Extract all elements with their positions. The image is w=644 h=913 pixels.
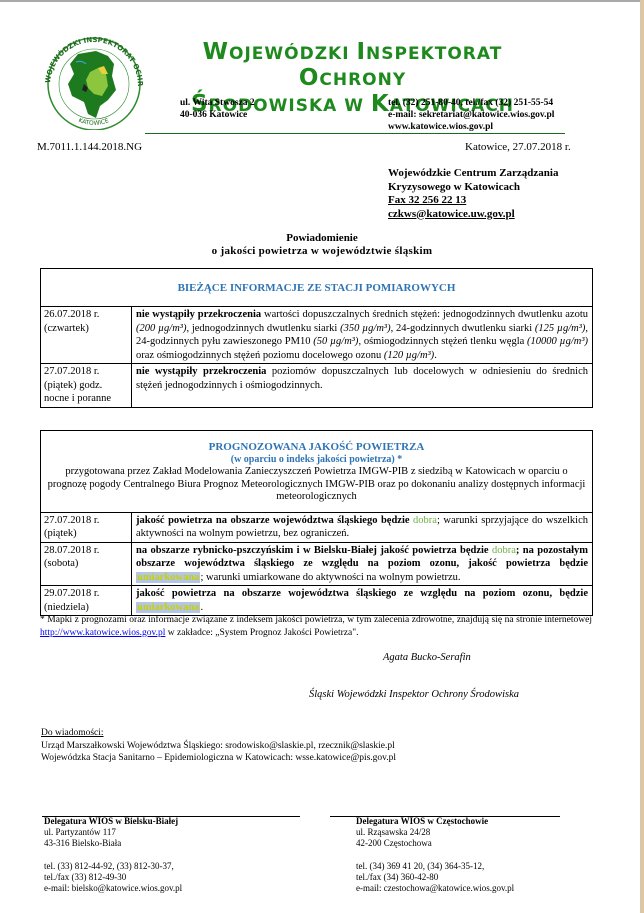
row-text: nie wystąpiły przekroczenia wartości dop… [132,307,592,363]
hq-phone: tel. (32) 251-80-40, tel./fax (32) 251-5… [388,97,554,109]
table-row: 29.07.2018 r. (niedziela) jakość powietr… [41,585,592,615]
page-top-border [0,0,644,2]
recipient-line: Wojewódzkie Centrum Zarządzania [388,167,558,181]
table-row: 27.07.2018 r. (piątek) jakość powietrza … [41,512,592,542]
row-text: jakość powietrza na obszarze województwa… [132,513,592,542]
reference-number: M.7011.1.144.2018.NG [37,141,142,153]
notice-subheading: o jakości powietrza w województwie śląsk… [0,245,644,258]
hq-address: ul. Wita Stwosza 2 40-036 Katowice [180,97,255,121]
cc-title: Do wiadomości: [41,727,396,740]
row-date: 26.07.2018 r. (czwartek) [41,307,132,363]
recipient-email[interactable]: czkws@katowice.uw.gov.pl [388,208,558,222]
notice-title: Powiadomienie o jakości powietrza w woje… [0,232,644,258]
branch-bielsko: Delegatura WIOS w Bielsku-Białej ul. Par… [44,816,182,894]
recipient-line: Kryzysowego w Katowicach [388,181,558,195]
current-info-table: BIEŻĄCE INFORMACJE ZE STACJI POMIAROWYCH… [40,268,593,408]
hq-website[interactable]: www.katowice.wios.gov.pl [388,121,554,133]
footnote: * Mapki z prognozami oraz informacje zwi… [40,614,592,639]
table-row: 27.07.2018 r. (piątek) godz. nocne i por… [41,363,592,407]
row-text: jakość powietrza na obszarze województwa… [132,586,592,615]
row-date: 27.07.2018 r. (piątek) godz. nocne i por… [41,364,132,407]
forecast-table: PROGNOZOWANA JAKOŚĆ POWIETRZA (w oparciu… [40,430,593,616]
row-date: 28.07.2018 r. (sobota) [41,543,132,586]
row-date: 29.07.2018 r. (niedziela) [41,586,132,615]
cc-item: Wojewódzka Stacja Sanitarno – Epidemiolo… [41,752,396,765]
table-row: 28.07.2018 r. (sobota) na obszarze rybni… [41,542,592,586]
branch-czestochowa: Delegatura WIOS w Częstochowie ul. Rząsa… [356,816,514,894]
quality-moderate: umiarkowana [136,572,200,583]
signer-role: Śląski Wojewódzki Inspektor Ochrony Środ… [309,689,519,700]
address-street: ul. Wita Stwosza 2 [180,97,255,109]
table-row: 26.07.2018 r. (czwartek) nie wystąpiły p… [41,306,592,363]
place-date: Katowice, 27.07.2018 r. [465,141,571,153]
forecast-description: przygotowana przez Zakład Modelowania Za… [47,466,586,504]
quality-good: dobra [413,515,437,526]
row-text: na obszarze rybnicko-pszczyńskim i w Bie… [132,543,592,586]
hq-email[interactable]: e-mail: sekretariat@katowice.wios.gov.pl [388,109,554,121]
notice-heading: Powiadomienie [0,232,644,245]
hq-contact: tel. (32) 251-80-40, tel./fax (32) 251-5… [388,97,554,133]
recipient-fax: Fax 32 256 22 13 [388,194,558,208]
row-date: 27.07.2018 r. (piątek) [41,513,132,542]
forecast-header: PROGNOZOWANA JAKOŚĆ POWIETRZA (w oparciu… [41,431,592,512]
row-text: nie wystąpiły przekroczenia poziomów dop… [132,364,592,407]
silesia-map-logo-icon: WOJEWÓDZKI INSPEKTORAT OCHRONY ŚRODOWISK… [38,34,150,130]
address-city: 40-036 Katowice [180,109,255,121]
forecast-heading: PROGNOZOWANA JAKOŚĆ POWIETRZA [47,441,586,454]
cc-list: Do wiadomości: Urząd Marszałkowski Wojew… [41,727,396,765]
quality-good: dobra [492,545,516,556]
wios-website-link[interactable]: http://www.katowice.wios.gov.pl [40,628,165,638]
signer-name: Agata Bucko-Serafin [383,652,471,663]
forecast-subheading: (w oparciu o indeks jakości powietrza) * [47,454,586,467]
recipient-block: Wojewódzkie Centrum Zarządzania Kryzysow… [388,167,558,221]
current-info-heading: BIEŻĄCE INFORMACJE ZE STACJI POMIAROWYCH [41,269,592,306]
cc-item: Urząd Marszałkowski Województwa Śląskieg… [41,740,396,753]
quality-moderate: umiarkowana [136,602,200,613]
header-divider [145,133,565,134]
